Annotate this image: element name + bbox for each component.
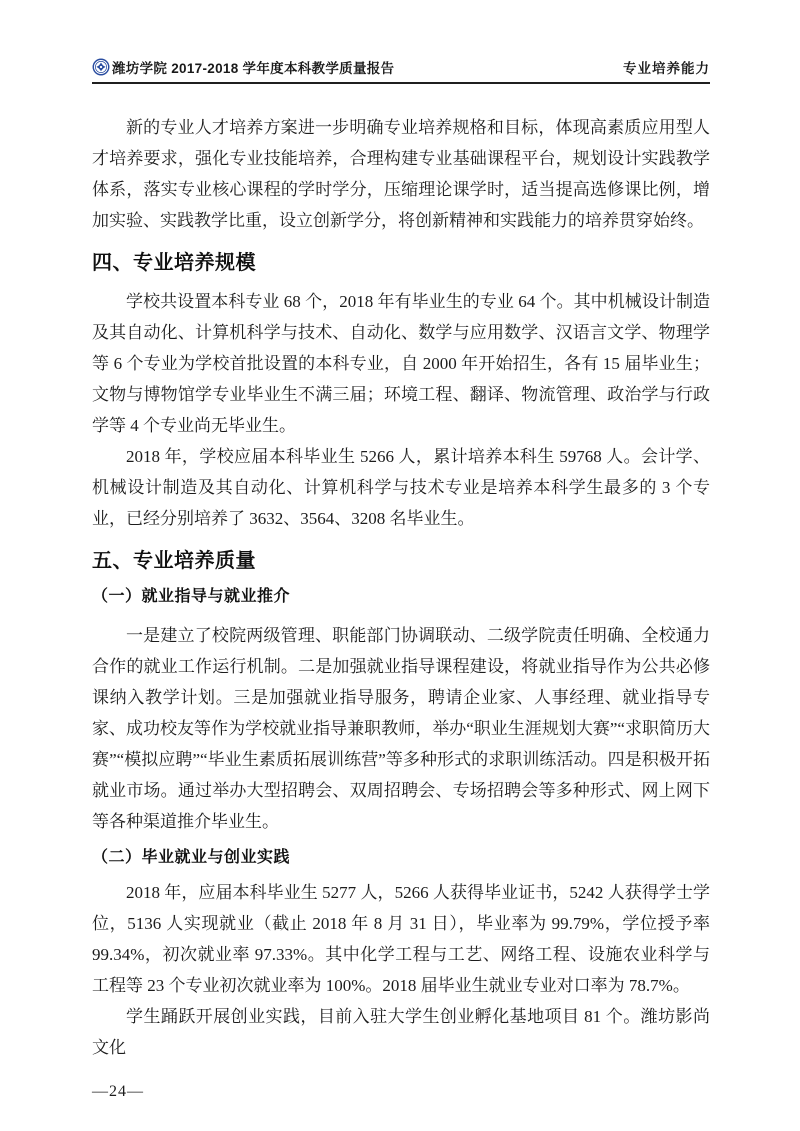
paragraph-scale-1: 学校共设置本科专业 68 个，2018 年有毕业生的专业 64 个。其中机械设计… [92, 286, 710, 441]
paragraph-scale-2: 2018 年，学校应届本科毕业生 5266 人，累计培养本科生 59768 人。… [92, 441, 710, 534]
paragraph-intro: 新的专业人才培养方案进一步明确专业培养规格和目标，体现高素质应用型人才培养要求，… [92, 112, 710, 236]
paragraph-employment-guidance: 一是建立了校院两级管理、职能部门协调联动、二级学院责任明确、全校通力合作的就业工… [92, 620, 710, 837]
subsection-heading-employment-guidance: （一）就业指导与就业推介 [92, 586, 710, 608]
subsection-heading-graduate-employment: （二）毕业就业与创业实践 [92, 847, 710, 869]
page-number: —24— [92, 1081, 710, 1103]
document-page: 潍坊学院 2017-2018 学年度本科教学质量报告 专业培养能力 新的专业人才… [0, 0, 800, 1131]
header-left: 潍坊学院 2017-2018 学年度本科教学质量报告 [92, 57, 394, 77]
university-emblem-icon [92, 58, 110, 76]
section-heading-5: 五、专业培养质量 [92, 548, 710, 574]
page-header: 潍坊学院 2017-2018 学年度本科教学质量报告 专业培养能力 [92, 0, 710, 84]
header-section-label: 专业培养能力 [623, 57, 710, 77]
section-heading-4: 四、专业培养规模 [92, 250, 710, 276]
paragraph-graduate-employment: 2018 年，应届本科毕业生 5277 人，5266 人获得毕业证书，5242 … [92, 877, 710, 1001]
header-report-title: 潍坊学院 2017-2018 学年度本科教学质量报告 [112, 57, 394, 77]
paragraph-entrepreneurship: 学生踊跃开展创业实践，目前入驻大学生创业孵化基地项目 81 个。潍坊影尚文化 [92, 1001, 710, 1063]
